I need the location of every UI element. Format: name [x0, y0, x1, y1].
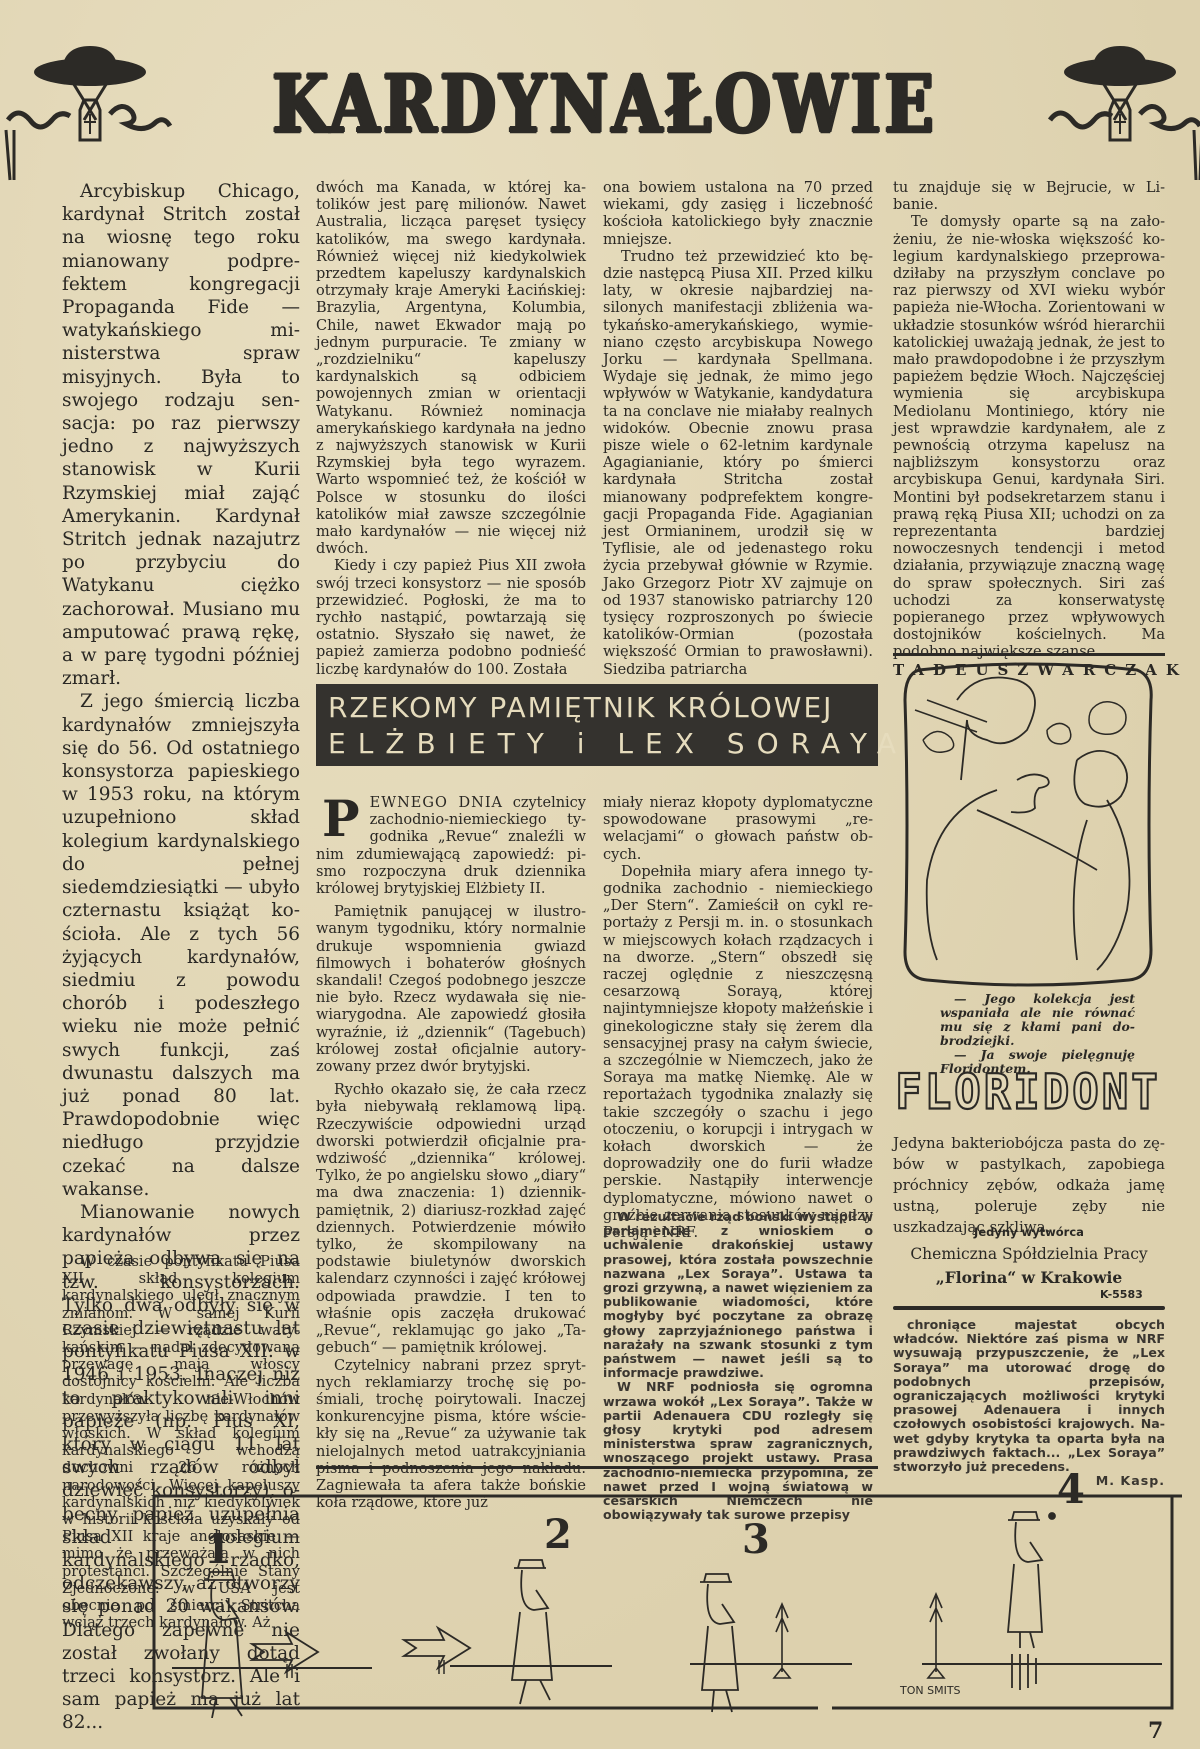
panel-number-4: 4	[1057, 1468, 1085, 1513]
cardinal-hat-emblem-icon	[0, 40, 180, 190]
article-cardinals-column-4: tu znajduje się w Bejrucie, w Li­banie. …	[893, 180, 1165, 679]
paragraph: Dopełniła miary afera innego ty­godnika …	[603, 864, 873, 1242]
advertisement-code: K-5583	[1100, 1288, 1143, 1301]
page-title: KARDYNAŁOWIE	[220, 58, 990, 152]
paragraph: Te domysły oparte są na zało­żeniu, że n…	[893, 214, 1165, 661]
article-soraya-column-3: chroniące majestat obcych władców. Niekt…	[893, 1318, 1165, 1488]
manufacturer-label: Jedyny wytwórca	[893, 1222, 1165, 1242]
paragraph: ona bowiem ustalona na 70 przed wiekami,…	[603, 180, 873, 249]
magazine-page: KARDYNAŁOWIE Arcybiskup Chicago, kardy­n…	[0, 0, 1200, 1749]
caption-line: — Jego kolekcja jest wspaniała ale nie r…	[940, 992, 1135, 1048]
divider	[893, 1306, 1165, 1310]
manufacturer-block: Jedyny wytwórca Chemiczna Spółdzielnia P…	[893, 1222, 1165, 1290]
brand-logo: FLORIDONT	[888, 1068, 1168, 1118]
panel-number-2: 2	[544, 1511, 572, 1558]
paragraph: dwóch ma Kanada, w której ka­tolików jes…	[316, 180, 586, 558]
brand-name: FLORIDONT	[888, 1066, 1168, 1121]
lead-paragraph: PEWNEGO DNIA czytelnicy zachodnio-niemie…	[316, 795, 586, 898]
manufacturer-city: „Florina“ w Krakowie	[893, 1266, 1165, 1290]
comic-strip: 1 2 3 4	[142, 1468, 1182, 1718]
masthead: KARDYNAŁOWIE	[0, 40, 1200, 140]
headline-line-2: ELŻBIETY i LEX SORAYA	[328, 726, 866, 762]
article-soraya-column-2: miały nieraz kłopoty dyplomatycz­ne spow…	[603, 795, 873, 1242]
divider	[893, 653, 1165, 656]
article-soraya-headline: RZEKOMY PAMIĘTNIK KRÓLOWEJ ELŻBIETY i LE…	[316, 684, 878, 766]
paragraph: Z jego śmiercią liczba kar­dynałów zmnie…	[62, 690, 300, 1200]
manufacturer-name: Chemiczna Spółdzielnia Pracy	[893, 1242, 1165, 1266]
paragraph: Arcybiskup Chicago, kardy­nał Stritch zo…	[62, 180, 300, 690]
article-soraya-column-1: PEWNEGO DNIA czytelnicy zachodnio-niemie…	[316, 795, 586, 1512]
paragraph: Pamiętnik panującej w ilustro­wanym tygo…	[316, 904, 586, 1076]
advertisement-cartoon-illustration	[897, 660, 1159, 988]
paragraph: tu znajduje się w Bejrucie, w Li­banie.	[893, 180, 1165, 214]
paragraph: Kiedy i czy papież Pius XII zwo­ła swój …	[316, 558, 586, 678]
cardinal-hat-emblem-icon	[1030, 40, 1200, 190]
advertisement-caption: — Jego kolekcja jest wspaniała ale nie r…	[940, 992, 1135, 1076]
page-number: 7	[1148, 1718, 1163, 1744]
article-cardinals-column-3: ona bowiem ustalona na 70 przed wiekami,…	[603, 180, 873, 679]
panel-number-3: 3	[742, 1516, 770, 1563]
lead-caps: EWNEGO DNIA	[370, 795, 503, 811]
drop-cap: P	[322, 797, 360, 841]
panel-number-1: 1	[204, 1526, 232, 1573]
paragraph: Rychło okazało się, że cała rzecz była n…	[316, 1082, 586, 1357]
paragraph: W rezultacie rząd boński wystąpił w parl…	[603, 1210, 873, 1380]
paragraph: Trudno też przewidzieć kto bę­dzie nastę…	[603, 249, 873, 679]
comic-artist-signature: TON SMITS	[899, 1684, 961, 1697]
article-cardinals-column-2: dwóch ma Kanada, w której ka­tolików jes…	[316, 180, 586, 679]
paragraph: miały nieraz kłopoty dyplomatycz­ne spow…	[603, 795, 873, 864]
paragraph: chroniące majestat obcych władców. Niekt…	[893, 1318, 1165, 1474]
headline-line-1: RZEKOMY PAMIĘTNIK KRÓLOWEJ	[328, 690, 866, 726]
